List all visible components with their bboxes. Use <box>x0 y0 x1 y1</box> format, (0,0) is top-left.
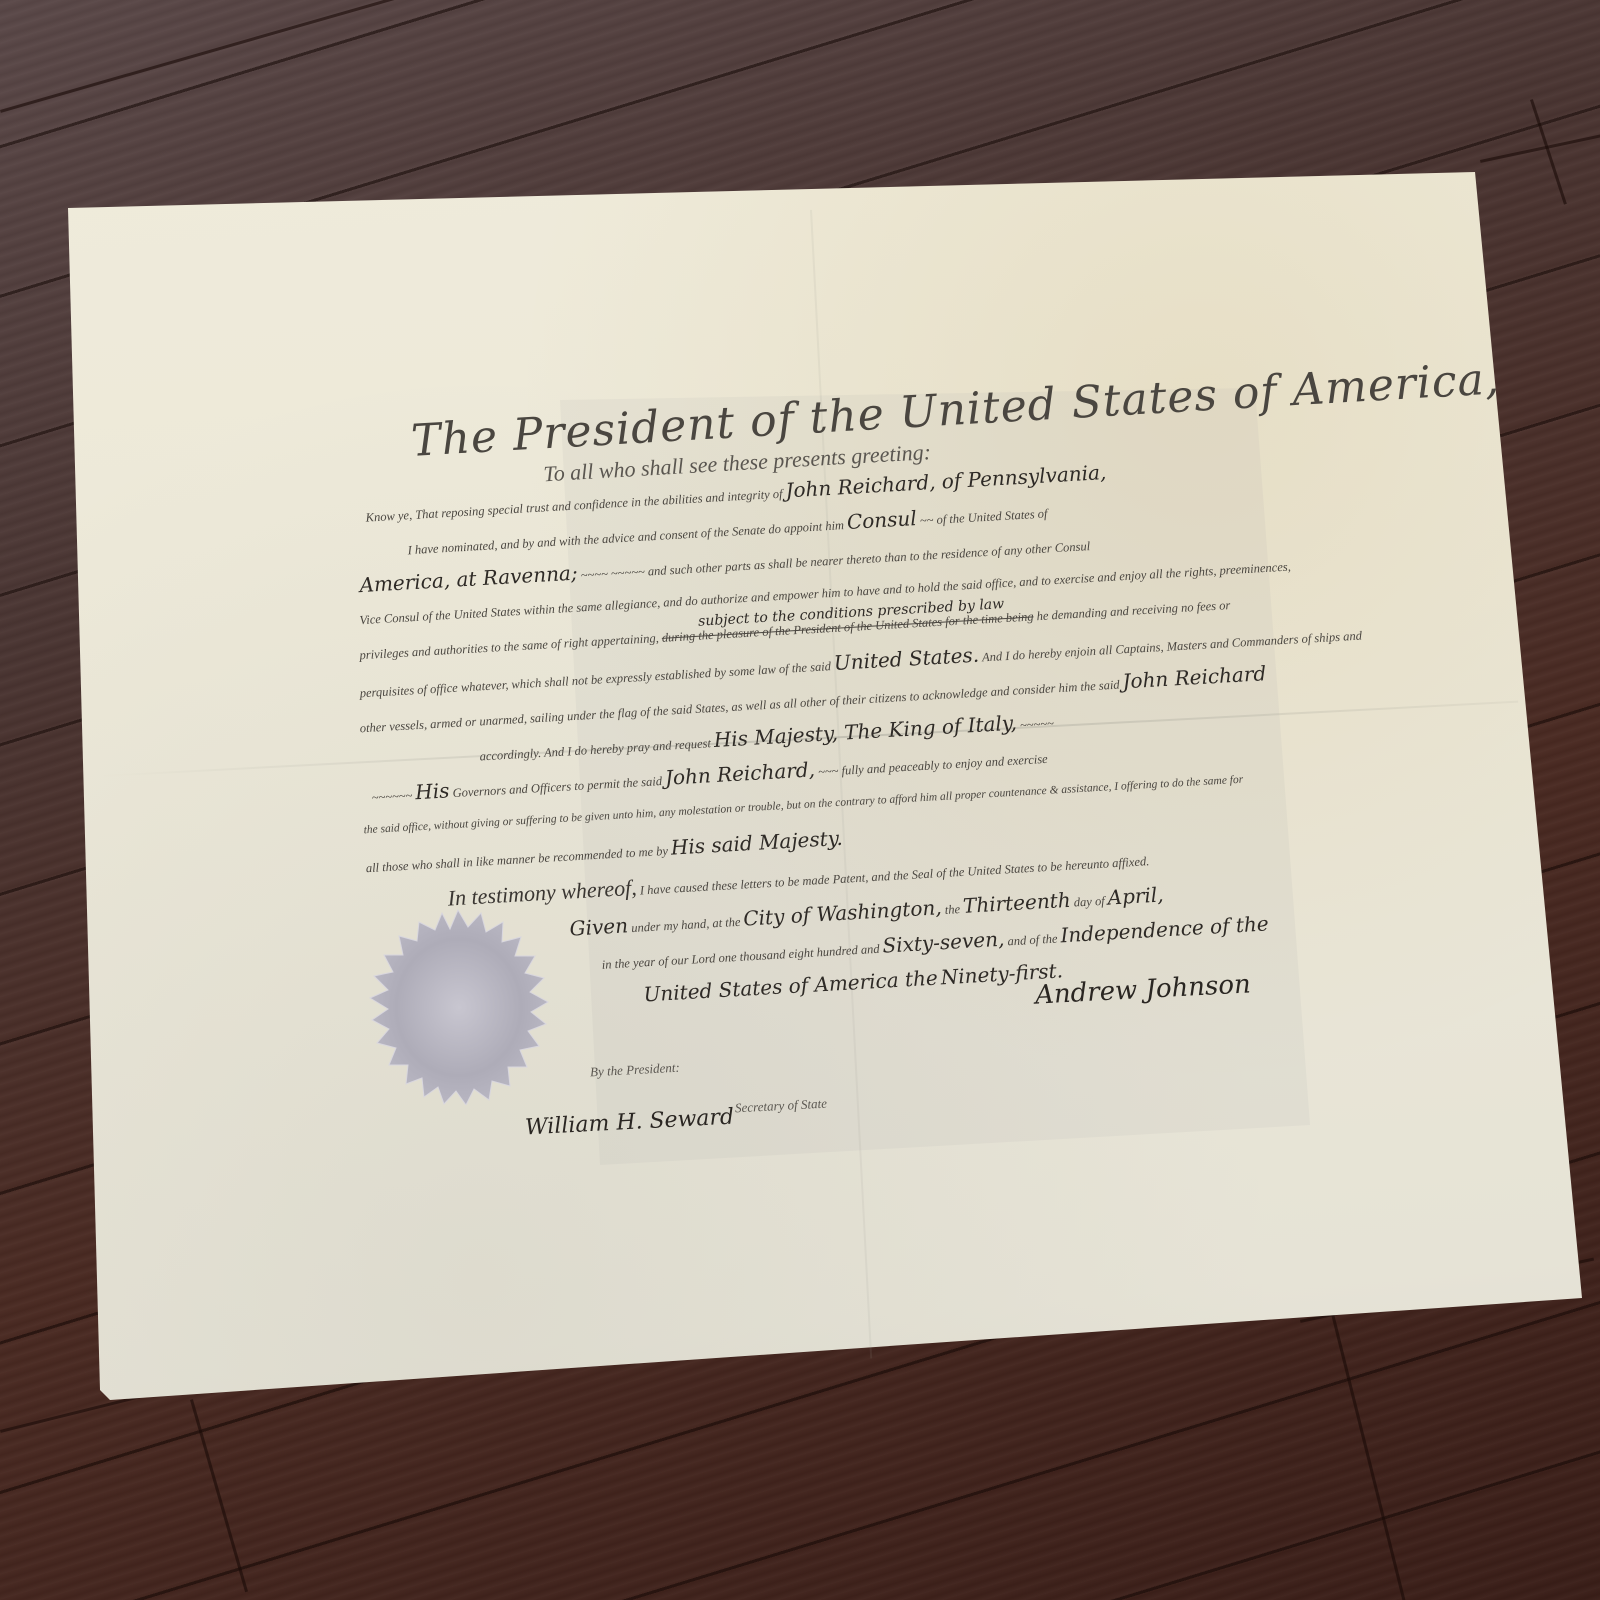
office-title: Consul <box>846 506 917 534</box>
city: City of Washington, <box>743 895 943 930</box>
year: Sixty-seven, <box>882 927 1005 958</box>
day: Thirteenth <box>962 888 1071 918</box>
paper-wafer-seal-icon <box>358 905 558 1105</box>
month: April, <box>1107 882 1164 909</box>
